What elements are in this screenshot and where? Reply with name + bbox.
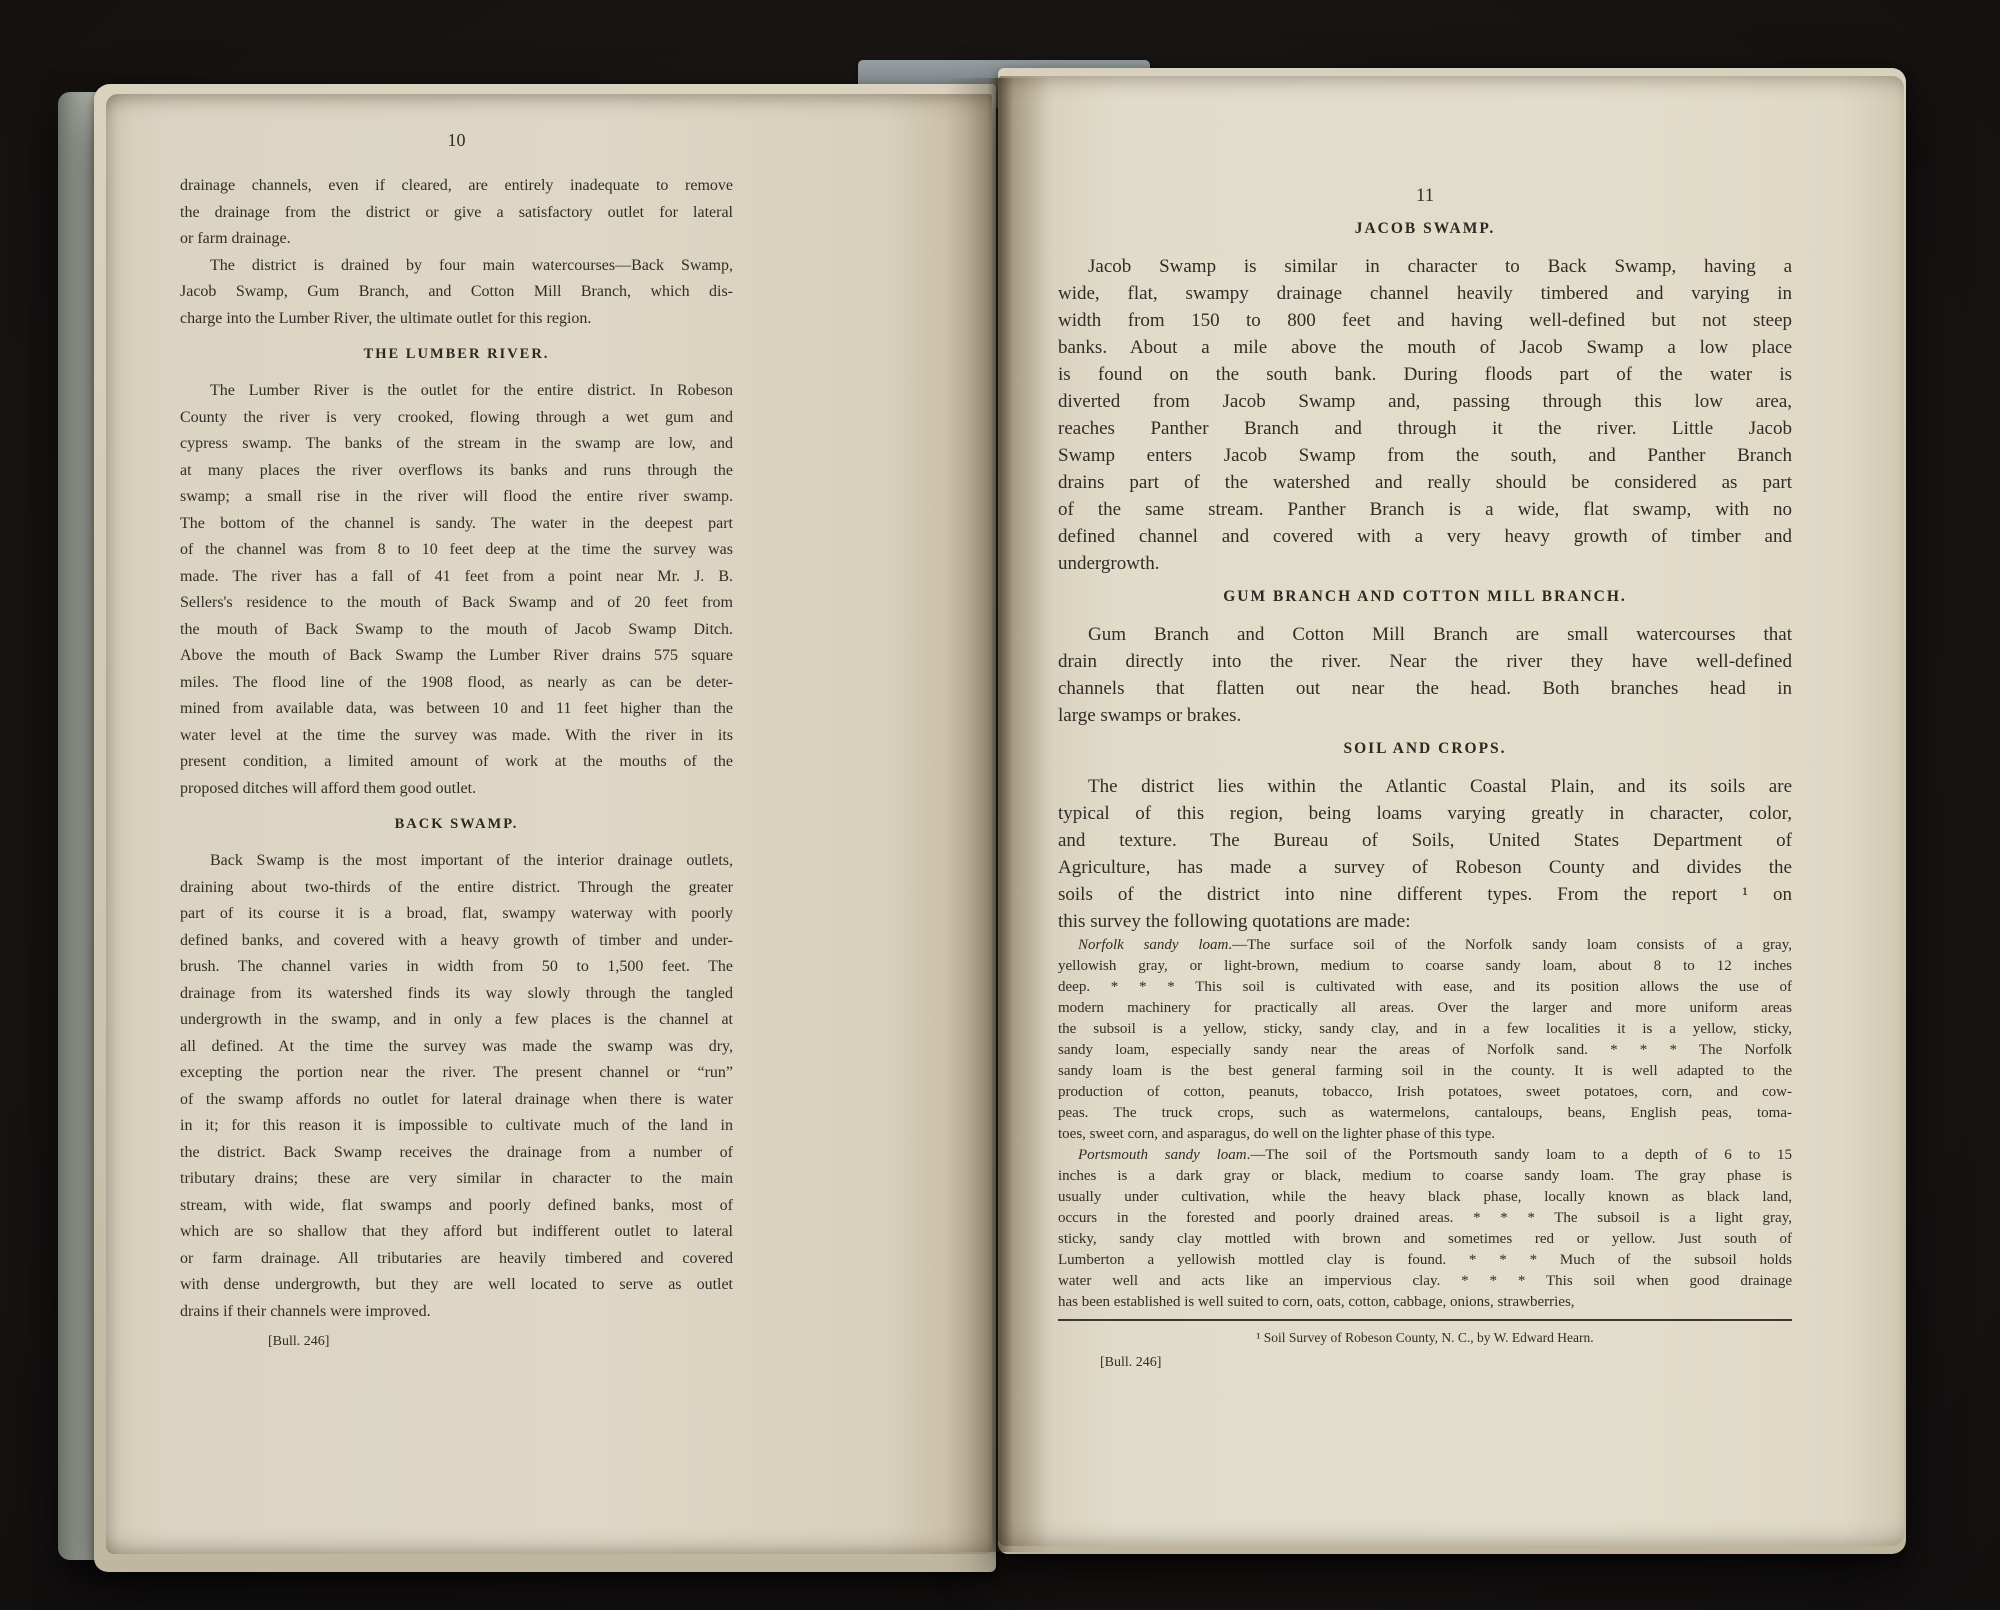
- text-line: The bottom of the channel is sandy. The …: [180, 511, 733, 538]
- text-line: sandy loam, especially sandy near the ar…: [1058, 1040, 1792, 1061]
- text-line: wide, flat, swampy drainage channel heav…: [1058, 280, 1792, 307]
- text-line: with dense undergrowth, but they are wel…: [180, 1272, 733, 1299]
- text-line: sticky, sandy clay mottled with brown an…: [1058, 1229, 1792, 1250]
- footnote-text: ¹ Soil Survey of Robeson County, N. C., …: [1058, 1330, 1792, 1346]
- text-line: defined banks, and covered with a heavy …: [180, 928, 733, 955]
- text-line: The district lies within the Atlantic Co…: [1058, 773, 1792, 800]
- text-line: usually under cultivation, while the hea…: [1058, 1187, 1792, 1208]
- text-line: the district. Back Swamp receives the dr…: [180, 1140, 733, 1167]
- text-line: inches is a dark gray or black, medium t…: [1058, 1166, 1792, 1187]
- text-line: all defined. At the time the survey was …: [180, 1034, 733, 1061]
- text-line: Norfolk sandy loam.—The surface soil of …: [1058, 935, 1792, 956]
- text-line: of the same stream. Panther Branch is a …: [1058, 496, 1792, 523]
- text-line: excepting the portion near the river. Th…: [180, 1060, 733, 1087]
- footnote-rule: [1058, 1319, 1792, 1321]
- text-line: present condition, a limited amount of w…: [180, 749, 733, 776]
- text-line: The Lumber River is the outlet for the e…: [180, 378, 733, 405]
- text-line: soils of the district into nine differen…: [1058, 881, 1792, 908]
- text-line: peas. The truck crops, such as watermelo…: [1058, 1103, 1792, 1124]
- section-heading: GUM BRANCH AND COTTON MILL BRANCH.: [1058, 587, 1792, 607]
- text-line: drains part of the watershed and really …: [1058, 469, 1792, 496]
- section-heading: SOIL AND CROPS.: [1058, 739, 1792, 759]
- text-line: Jacob Swamp, Gum Branch, and Cotton Mill…: [180, 279, 733, 306]
- text-line: Above the mouth of Back Swamp the Lumber…: [180, 643, 733, 670]
- text-line: the drainage from the district or give a…: [180, 200, 733, 227]
- text-line: The district is drained by four main wat…: [180, 253, 733, 280]
- text-line: the subsoil is a yellow, sticky, sandy c…: [1058, 1019, 1792, 1040]
- text-line: made. The river has a fall of 41 feet fr…: [180, 564, 733, 591]
- text-line: the mouth of Back Swamp to the mouth of …: [180, 617, 733, 644]
- text-line: miles. The flood line of the 1908 flood,…: [180, 670, 733, 697]
- text-line: diverted from Jacob Swamp and, passing t…: [1058, 388, 1792, 415]
- text-line: typical of this region, being loams vary…: [1058, 800, 1792, 827]
- text-line: drain directly into the river. Near the …: [1058, 648, 1792, 675]
- text-line: drainage channels, even if cleared, are …: [180, 173, 733, 200]
- page-number: 10: [180, 130, 733, 151]
- paragraph: drainage channels, even if cleared, are …: [180, 173, 733, 253]
- text-line: County the river is very crooked, flowin…: [180, 405, 733, 432]
- paragraph: Jacob Swamp is similar in character to B…: [1058, 253, 1792, 577]
- text-line: banks. About a mile above the mouth of J…: [1058, 334, 1792, 361]
- text-line: channels that flatten out near the head.…: [1058, 675, 1792, 702]
- paragraph: Back Swamp is the most important of the …: [180, 848, 733, 1325]
- text-line: tributary drains; these are very similar…: [180, 1166, 733, 1193]
- text-line: toes, sweet corn, and asparagus, do well…: [1058, 1124, 1792, 1145]
- paragraph: The district is drained by four main wat…: [180, 253, 733, 333]
- text-line: undergrowth.: [1058, 550, 1792, 577]
- text-line: brush. The channel varies in width from …: [180, 954, 733, 981]
- text-line: proposed ditches will afford them good o…: [180, 776, 733, 803]
- text-line: Back Swamp is the most important of the …: [180, 848, 733, 875]
- text-line: modern machinery for practically all are…: [1058, 998, 1792, 1019]
- text-line: production of cotton, peanuts, tobacco, …: [1058, 1082, 1792, 1103]
- text-line: yellowish gray, or light-brown, medium t…: [1058, 956, 1792, 977]
- italic-lead: Portsmouth sandy loam: [1078, 1147, 1247, 1163]
- text-line: drainage from its watershed finds its wa…: [180, 981, 733, 1008]
- text-line: water well and acts like an impervious c…: [1058, 1271, 1792, 1292]
- text-line: occurs in the forested and poorly draine…: [1058, 1208, 1792, 1229]
- text-line: of the channel was from 8 to 10 feet dee…: [180, 537, 733, 564]
- text-line: this survey the following quotations are…: [1058, 908, 1792, 935]
- paragraph: The Lumber River is the outlet for the e…: [180, 378, 733, 802]
- text-line: Gum Branch and Cotton Mill Branch are sm…: [1058, 621, 1792, 648]
- text-line: drains if their channels were improved.: [180, 1299, 733, 1326]
- text-line: Portsmouth sandy loam.—The soil of the P…: [1058, 1145, 1792, 1166]
- text-line: Sellers's residence to the mouth of Back…: [180, 590, 733, 617]
- text-line: mined from available data, was between 1…: [180, 696, 733, 723]
- bulletin-footer: [Bull. 246]: [1058, 1355, 1792, 1371]
- text-line: width from 150 to 800 feet and having we…: [1058, 307, 1792, 334]
- text-line: Lumberton a yellowish mottled clay is fo…: [1058, 1250, 1792, 1271]
- text-line: undergrowth in the swamp, and in only a …: [180, 1007, 733, 1034]
- text-line: draining about two-thirds of the entire …: [180, 875, 733, 902]
- text-line: defined channel and covered with a very …: [1058, 523, 1792, 550]
- page-10-text: 10drainage channels, even if cleared, ar…: [180, 130, 733, 1350]
- paragraph: Norfolk sandy loam.—The surface soil of …: [1058, 935, 1792, 1145]
- paragraph: The district lies within the Atlantic Co…: [1058, 773, 1792, 935]
- text-line: part of its course it is a broad, flat, …: [180, 901, 733, 928]
- text-line: at many places the river overflows its b…: [180, 458, 733, 485]
- text-line: swamp; a small rise in the river will fl…: [180, 484, 733, 511]
- text-line: Jacob Swamp is similar in character to B…: [1058, 253, 1792, 280]
- page-11-text: 11JACOB SWAMP.Jacob Swamp is similar in …: [1058, 185, 1792, 1371]
- text-line: which are so shallow that they afford bu…: [180, 1219, 733, 1246]
- section-heading: THE LUMBER RIVER.: [180, 344, 733, 364]
- text-line: of the swamp affords no outlet for later…: [180, 1087, 733, 1114]
- text-line: deep. * * * This soil is cultivated with…: [1058, 977, 1792, 998]
- section-heading: BACK SWAMP.: [180, 814, 733, 834]
- text-line: large swamps or brakes.: [1058, 702, 1792, 729]
- text-line: cypress swamp. The banks of the stream i…: [180, 431, 733, 458]
- bulletin-footer: [Bull. 246]: [180, 1334, 733, 1350]
- paragraph: Portsmouth sandy loam.—The soil of the P…: [1058, 1145, 1792, 1313]
- text-line: or farm drainage.: [180, 226, 733, 253]
- text-line: sandy loam is the best general farming s…: [1058, 1061, 1792, 1082]
- text-line: in it; for this reason it is impossible …: [180, 1113, 733, 1140]
- italic-lead: Norfolk sandy loam: [1078, 937, 1228, 953]
- section-heading: JACOB SWAMP.: [1058, 219, 1792, 239]
- text-line: and texture. The Bureau of Soils, United…: [1058, 827, 1792, 854]
- text-line: water level at the time the survey was m…: [180, 723, 733, 750]
- text-line: Agriculture, has made a survey of Robeso…: [1058, 854, 1792, 881]
- text-line: has been established is well suited to c…: [1058, 1292, 1792, 1313]
- paragraph: Gum Branch and Cotton Mill Branch are sm…: [1058, 621, 1792, 729]
- text-line: Swamp enters Jacob Swamp from the south,…: [1058, 442, 1792, 469]
- text-line: stream, with wide, flat swamps and poorl…: [180, 1193, 733, 1220]
- text-line: reaches Panther Branch and through it th…: [1058, 415, 1792, 442]
- page-number: 11: [1058, 185, 1792, 207]
- text-line: is found on the south bank. During flood…: [1058, 361, 1792, 388]
- text-line: charge into the Lumber River, the ultima…: [180, 306, 733, 333]
- text-line: or farm drainage. All tributaries are he…: [180, 1246, 733, 1273]
